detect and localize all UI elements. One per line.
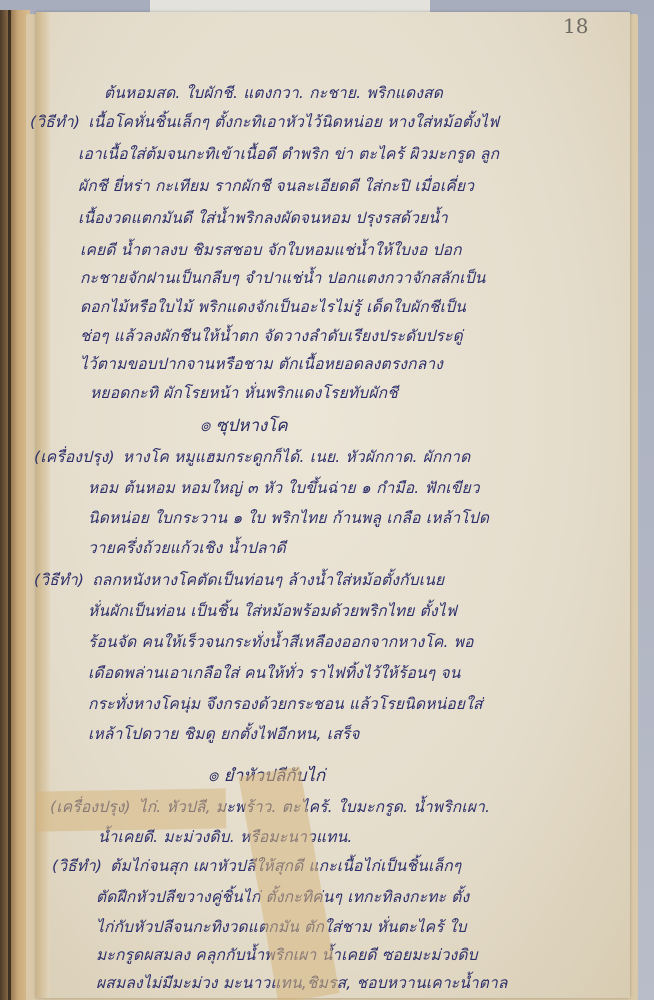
recipe2-method-line: เหล้าโปดวาย ชิมดู ยกตั้งไฟอีกหน, เสร็จ xyxy=(88,719,360,750)
recipe2-ingredients-line: วายครึ่งถ้วยแก้วเชิง น้ำปลาดี xyxy=(88,533,286,564)
recipe1-method-line: เอาเนื้อใส่ต้มจนกะทิเข้าเนื้อดี ตำพริก ข… xyxy=(78,139,499,170)
method-label: (วิธีทำ) xyxy=(34,571,84,589)
recipe1-method-line: เนื้องวดแตกมันดี ใส่น้ำพริกลงผัดจนหอม ปร… xyxy=(78,203,448,234)
page-fold xyxy=(36,12,50,998)
recipe2-ingredients-line: หอม ต้นหอม หอมใหญ่ ๓ หัว ใบขึ้นฉ่าย ๑ กำ… xyxy=(88,473,480,504)
recipe2-method-line: ร้อนจัด คนให้เร็วจนกระทั่งน้ำสีเหลืองออก… xyxy=(88,627,474,658)
recipe1-method-line: ผักชี ยี่หร่า กะเทียม รากผักชี จนละเอียด… xyxy=(78,171,474,202)
recipe2-ingredients-line: (เครื่องปรุง)หางโค หมูแฮมกระดูกก็ได้. เน… xyxy=(34,442,470,473)
recipe1-method-line: (วิธีทำ)เนื้อโคหั่นชิ้นเล็กๆ ตั้งกะทิเอา… xyxy=(30,107,499,138)
recipe2-method-line: หั่นผักเป็นท่อน เป็นชิ้น ใส่หม้อพร้อมด้ว… xyxy=(88,596,457,627)
method-label: (วิธีทำ) xyxy=(30,113,80,131)
recipe1-method-line: ช่อๆ แล้วลงผักชีนให้น้ำตก จัดวางลำดับเรี… xyxy=(80,321,463,352)
recipe2-method-line: กระทั่งหางโคนุ่ม จึงกรองด้วยกระชอน แล้วโ… xyxy=(88,689,483,720)
ingredients-label: (เครื่องปรุง) xyxy=(34,448,115,466)
recipe2-title: ๏ ซุปหางโค xyxy=(200,412,288,439)
recipe2-method-line: เดือดพล่านเอาเกลือใส่ คนให้ทั่ว ราไฟทิ้ง… xyxy=(88,658,461,689)
page-number: 18 xyxy=(563,14,588,38)
recipe1-method-line: กะชายจักฝานเป็นกลีบๆ จำปาแช่น้ำ ปอกแตงกว… xyxy=(80,263,486,294)
recipe1-method-line: ดอกไม้หรือใบไม้ พริกแดงจักเป็นอะไรไม่รู้… xyxy=(80,292,466,323)
method-label: (วิธีทำ) xyxy=(52,857,102,875)
recipe1-method-line: หยอดกะทิ ผักโรยหน้า หั่นพริกแดงโรยทับผัก… xyxy=(90,378,398,409)
binding-edge xyxy=(8,10,11,1000)
recipe2-method-line: (วิธีทำ)ถลกหนังหางโคตัดเป็นท่อนๆ ล้างน้ำ… xyxy=(34,565,444,596)
recipe1-ingredients-continued: ต้นหอมสด. ใบผักชี. แตงกวา. กะชาย. พริกแด… xyxy=(104,78,443,109)
recipe1-method-line: เคยดี น้ำตาลงบ ชิมรสชอบ จักใบหอมแช่น้ำให… xyxy=(80,235,462,266)
recipe2-ingredients-line: นิดหน่อย ใบกระวาน ๑ ใบ พริกไทย ก้านพลู เ… xyxy=(88,503,489,534)
recipe1-method-line: ไว้ตามขอบปากจานหรือชาม ตักเนื้อหยอดลงตรง… xyxy=(80,349,443,380)
adhesive-tape-horizontal xyxy=(36,788,227,831)
